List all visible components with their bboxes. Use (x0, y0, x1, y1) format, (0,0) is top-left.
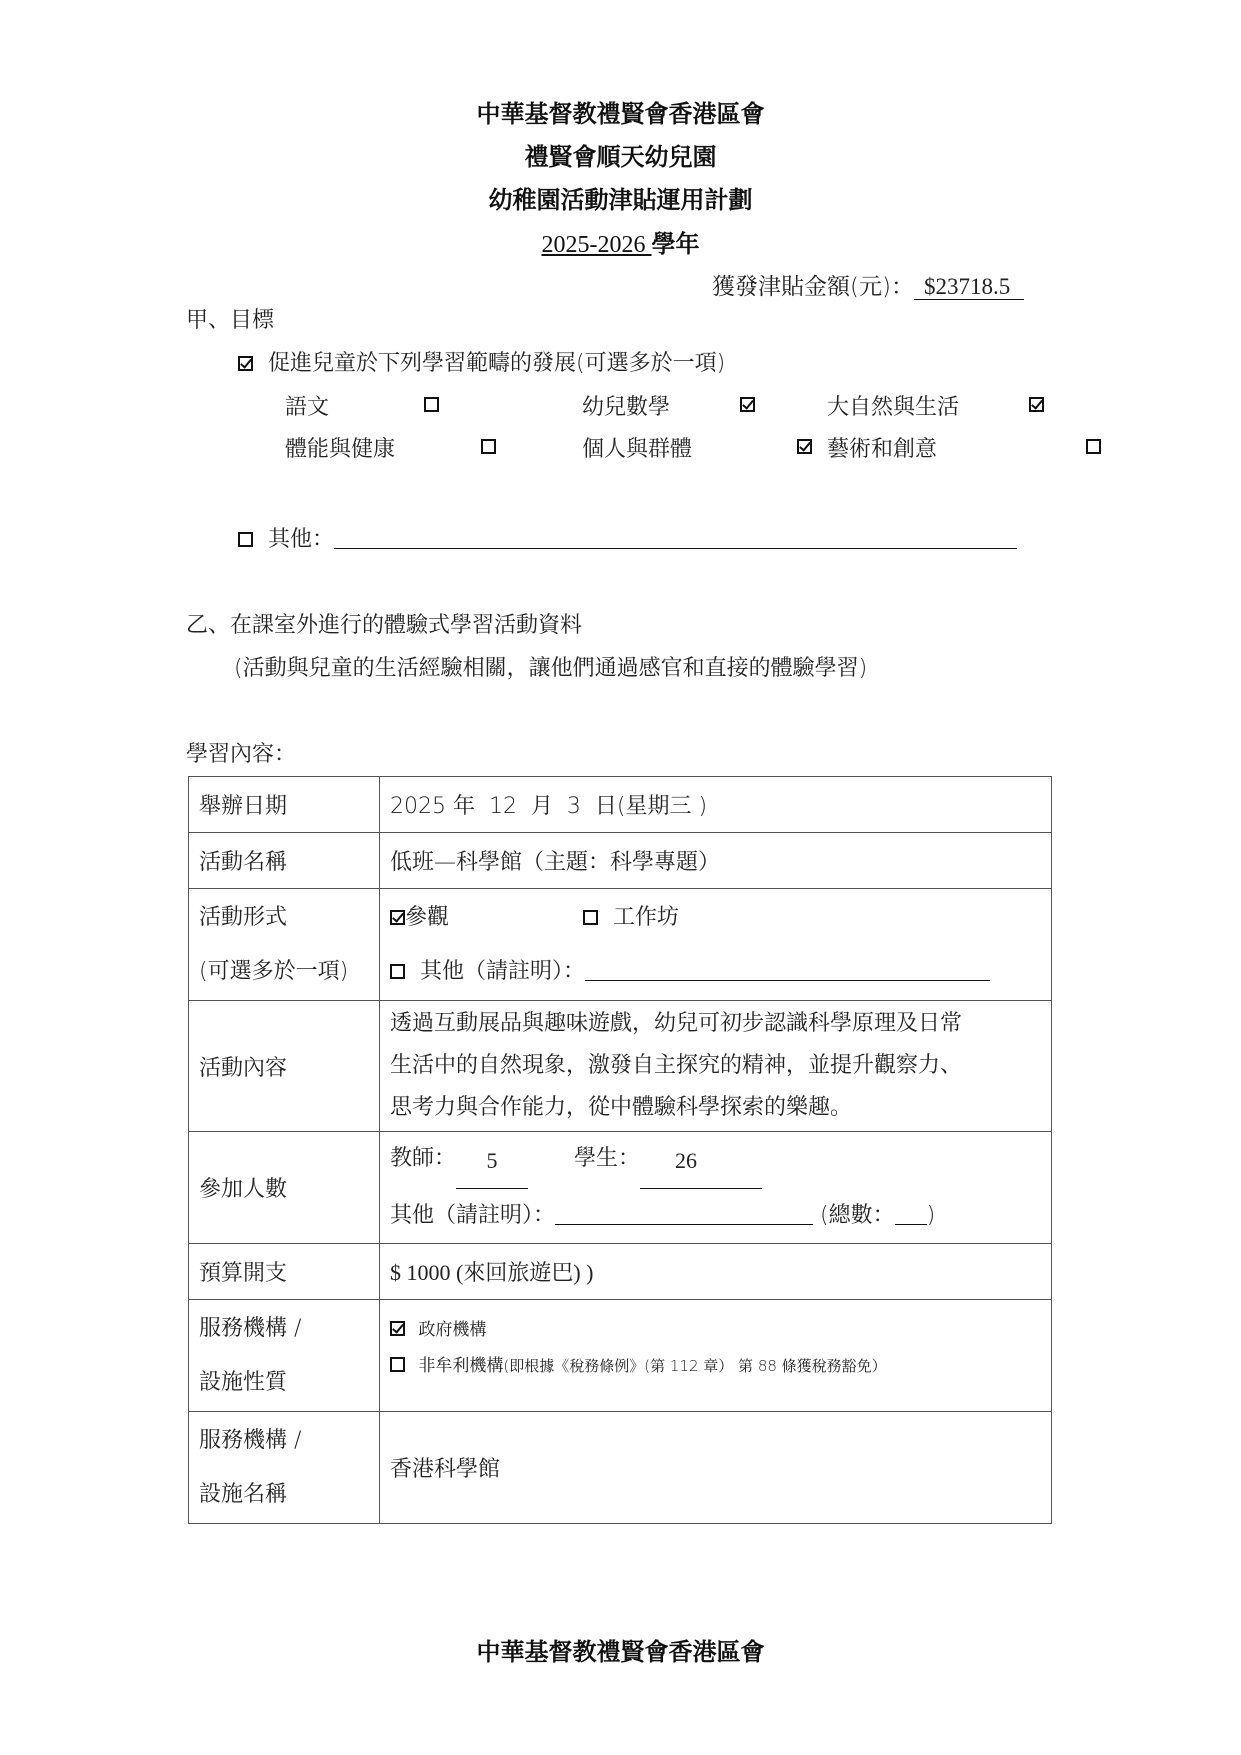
other-objective-label: 其他： (268, 527, 334, 552)
facility-label-2: 設施名稱 (199, 1468, 369, 1522)
teachers-value[interactable]: 5 (456, 1134, 528, 1189)
format-workshop-label: 工作坊 (613, 905, 679, 930)
year-range: 2025-2026 (542, 232, 646, 258)
main-objective-checkbox[interactable] (238, 356, 253, 371)
content-line-1: 透過互動展品與趣味遊戲，幼兒可初步認識科學原理及日常 (390, 1003, 1041, 1045)
domain-language-checkbox[interactable] (424, 397, 439, 412)
nonprofit-note: (即根據《稅務條例》(第 112 章） 第 88 條獲稅務豁免） (503, 1357, 886, 1375)
format-visit-checkbox[interactable] (390, 910, 405, 925)
domain-nature: 大自然與生活 (827, 390, 959, 421)
main-objective-label: 促進兒童於下列學習範疇的發展(可選多於一項) (268, 351, 725, 376)
domain-arts: 藝術和創意 (827, 432, 937, 463)
other-objective: 其他： (238, 522, 1017, 553)
nonprofit-checkbox[interactable] (390, 1357, 405, 1372)
other-objective-field[interactable] (334, 548, 1017, 549)
date-label: 舉辦日期 (189, 777, 380, 833)
budget-label: 預算開支 (189, 1244, 380, 1300)
row-activity-name: 活動名稱 低班—科學館（主題：科學專題） (189, 833, 1052, 889)
others-label: 其他（請註明）： (390, 1203, 555, 1228)
row-facility-nature: 服務機構 / 設施性質 政府機構 非牟利機構(即根據《稅務條例》(第 112 章… (189, 1300, 1052, 1412)
domain-self-society-checkbox[interactable] (797, 439, 812, 454)
activity-name-label: 活動名稱 (189, 833, 380, 889)
domain-physical: 體能與健康 (285, 432, 395, 463)
budget-value[interactable]: $ 1000 (來回旅遊巴) ) (380, 1244, 1052, 1300)
section-b-heading: 乙、在課室外進行的體驗式學習活動資料 (186, 608, 582, 639)
row-participants: 參加人數 教師：5 學生：26 其他（請註明）： (總數：) (189, 1132, 1052, 1244)
learning-content-label: 學習內容： (186, 737, 296, 768)
content-line-3: 思考力與合作能力，從中體驗科學探索的樂趣。 (390, 1087, 1041, 1129)
footer-organization: 中華基督教禮賢會香港區會 (0, 1632, 1241, 1667)
facility-label-cell: 服務機構 / 設施名稱 (189, 1412, 380, 1524)
domain-nature-checkbox[interactable] (1029, 397, 1044, 412)
format-other-label: 其他（請註明）： (420, 959, 585, 984)
row-budget: 預算開支 $ 1000 (來回旅遊巴) ) (189, 1244, 1052, 1300)
domain-language: 語文 (285, 390, 329, 421)
students-value[interactable]: 26 (640, 1134, 762, 1189)
row-content: 活動內容 透過互動展品與趣味遊戲，幼兒可初步認識科學原理及日常 生活中的自然現象… (189, 1001, 1052, 1132)
domain-math-checkbox[interactable] (740, 397, 755, 412)
format-label: 活動形式 (199, 891, 369, 945)
teachers-label: 教師： (390, 1146, 456, 1171)
organization-title: 中華基督教禮賢會香港區會 (0, 94, 1241, 129)
gov-org-checkbox[interactable] (390, 1321, 405, 1336)
content-value[interactable]: 透過互動展品與趣味遊戲，幼兒可初步認識科學原理及日常 生活中的自然現象，激發自主… (380, 1001, 1052, 1132)
domain-arts-checkbox[interactable] (1086, 439, 1101, 454)
nonprofit-label: 非牟利機構 (418, 1356, 503, 1376)
activity-name-value[interactable]: 低班—科學館（主題：科學專題） (380, 833, 1052, 889)
participants-values: 教師：5 學生：26 其他（請註明）： (總數：) (380, 1132, 1052, 1244)
format-other-field[interactable] (585, 980, 990, 981)
row-format: 活動形式 (可選多於一項) 參觀 工作坊 其他（請註明）： (189, 889, 1052, 1001)
school-year: 2025-2026 學年 (0, 224, 1241, 259)
gov-org-label: 政府機構 (418, 1320, 486, 1340)
total-close: ) (927, 1203, 936, 1228)
students-label: 學生： (574, 1146, 640, 1171)
format-workshop-checkbox[interactable] (583, 910, 598, 925)
nature-label-cell: 服務機構 / 設施性質 (189, 1300, 380, 1412)
school-title: 禮賢會順天幼兒園 (0, 137, 1241, 172)
nature-options: 政府機構 非牟利機構(即根據《稅務條例》(第 112 章） 第 88 條獲稅務豁… (380, 1300, 1052, 1412)
format-other-checkbox[interactable] (390, 964, 405, 979)
format-label-cell: 活動形式 (可選多於一項) (189, 889, 380, 1001)
others-field[interactable] (555, 1224, 813, 1225)
amount-value[interactable]: $23718.5 (914, 274, 1024, 300)
total-field[interactable] (895, 1224, 927, 1225)
section-b-subheading: (活動與兒童的生活經驗相關，讓他們通過感官和直接的體驗學習) (234, 651, 867, 682)
plan-title: 幼稚園活動津貼運用計劃 (0, 180, 1241, 215)
year-suffix: 學年 (652, 230, 700, 258)
facility-label: 服務機構 / (199, 1414, 369, 1468)
other-objective-checkbox[interactable] (238, 532, 253, 547)
nature-label: 服務機構 / (199, 1302, 369, 1356)
subsidy-amount: 獲發津貼金額(元)：$23718.5 (712, 268, 1024, 301)
participants-label: 參加人數 (189, 1132, 380, 1244)
main-objective: 促進兒童於下列學習範疇的發展(可選多於一項) (238, 346, 725, 377)
domain-physical-checkbox[interactable] (481, 439, 496, 454)
format-visit-label: 參觀 (405, 905, 449, 930)
amount-label: 獲發津貼金額(元)： (712, 274, 914, 300)
nature-label-2: 設施性質 (199, 1356, 369, 1410)
domain-math: 幼兒數學 (582, 390, 670, 421)
row-facility-name: 服務機構 / 設施名稱 香港科學館 (189, 1412, 1052, 1524)
content-label: 活動內容 (189, 1001, 380, 1132)
row-date: 舉辦日期 2025 年 12 月 3 日(星期三 ) (189, 777, 1052, 833)
domain-self-society: 個人與群體 (582, 432, 692, 463)
facility-value[interactable]: 香港科學館 (380, 1412, 1052, 1524)
activity-table: 舉辦日期 2025 年 12 月 3 日(星期三 ) 活動名稱 低班—科學館（主… (188, 776, 1052, 1524)
section-a-heading: 甲、目標 (186, 303, 274, 334)
format-label-note: (可選多於一項) (199, 945, 369, 999)
format-options: 參觀 工作坊 其他（請註明）： (380, 889, 1052, 1001)
total-label: (總數： (820, 1203, 895, 1228)
date-value[interactable]: 2025 年 12 月 3 日(星期三 ) (380, 777, 1052, 833)
content-line-2: 生活中的自然現象，激發自主探究的精神，並提升觀察力、 (390, 1045, 1041, 1087)
